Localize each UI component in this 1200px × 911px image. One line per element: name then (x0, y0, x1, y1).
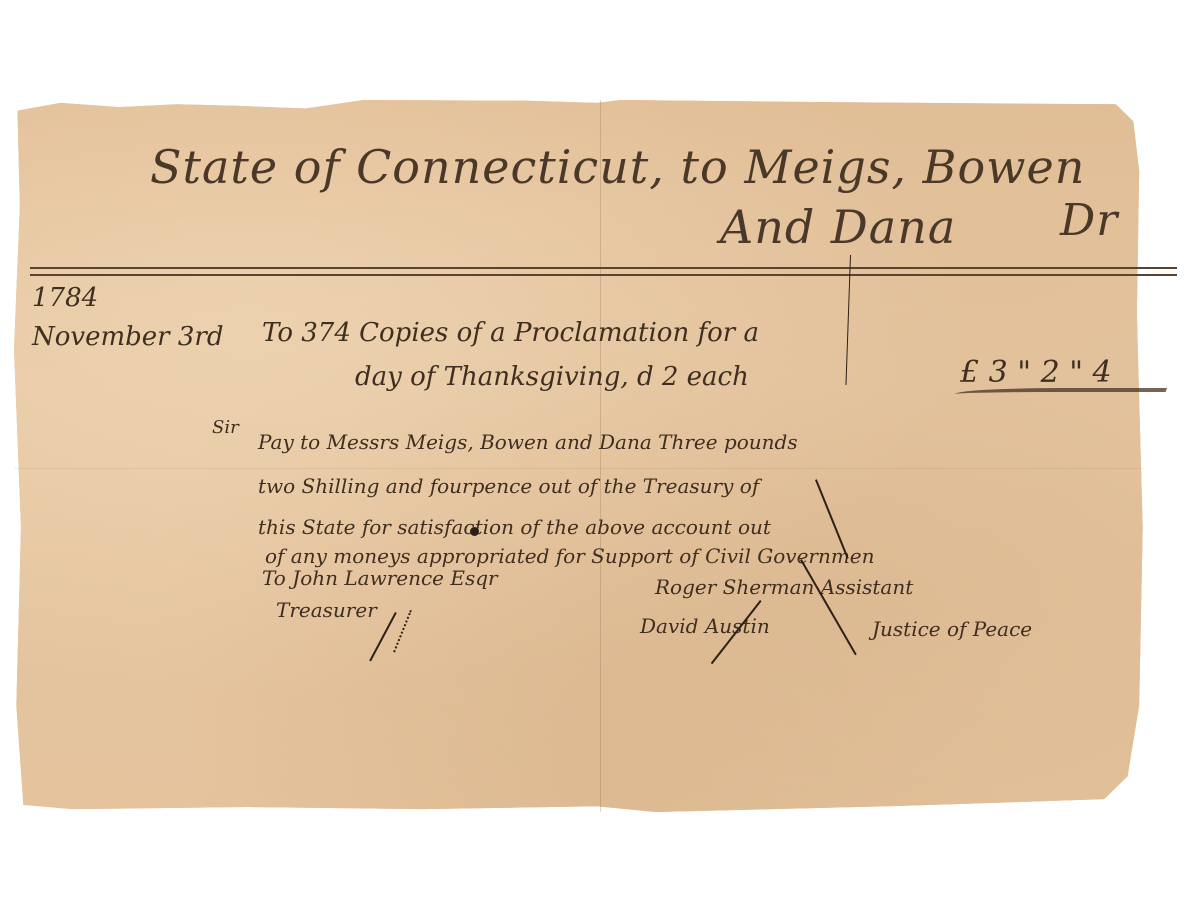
entry-date: November 3rd (32, 322, 223, 352)
amount-underline-flourish (953, 388, 1167, 400)
ink-blot (470, 527, 479, 536)
entry-amount: £ 3 " 2 " 4 (960, 355, 1112, 390)
document-paper (14, 100, 1180, 812)
order-line: of any moneys appropriated for Support o… (265, 544, 875, 568)
addressee-title: Treasurer (276, 598, 377, 622)
entry-description-line1: To 374 Copies of a Proclamation for a (262, 318, 759, 348)
signature-roger-sherman: Roger Sherman Assistant (655, 575, 913, 599)
header-rule-bottom (30, 274, 1177, 276)
vertical-fold-line (600, 100, 601, 812)
order-line: To John Lawrence Esqr (262, 566, 498, 590)
debtor-mark: Dr (1060, 195, 1118, 246)
horizontal-fold-line (14, 468, 1144, 469)
entry-year: 1784 (32, 283, 98, 313)
signer-title: Justice of Peace (872, 617, 1032, 641)
signer-name: Roger Sherman (655, 575, 814, 599)
entry-description-line2: day of Thanksgiving, d 2 each (355, 362, 749, 392)
order-line: two Shilling and fourpence out of the Tr… (258, 474, 759, 498)
order-line: Pay to Messrs Meigs, Bowen and Dana Thre… (258, 430, 798, 454)
signature-david-austin: David Austin (640, 614, 770, 638)
header-rule-top (30, 267, 1177, 269)
order-line: this State for satisfaction of the above… (258, 515, 771, 539)
signer-title: Assistant (821, 575, 914, 599)
header-title-line1: State of Connecticut, to Meigs, Bowen (150, 140, 1085, 194)
order-salutation: Sir (212, 417, 239, 438)
header-title-line2: And Dana (720, 200, 956, 254)
